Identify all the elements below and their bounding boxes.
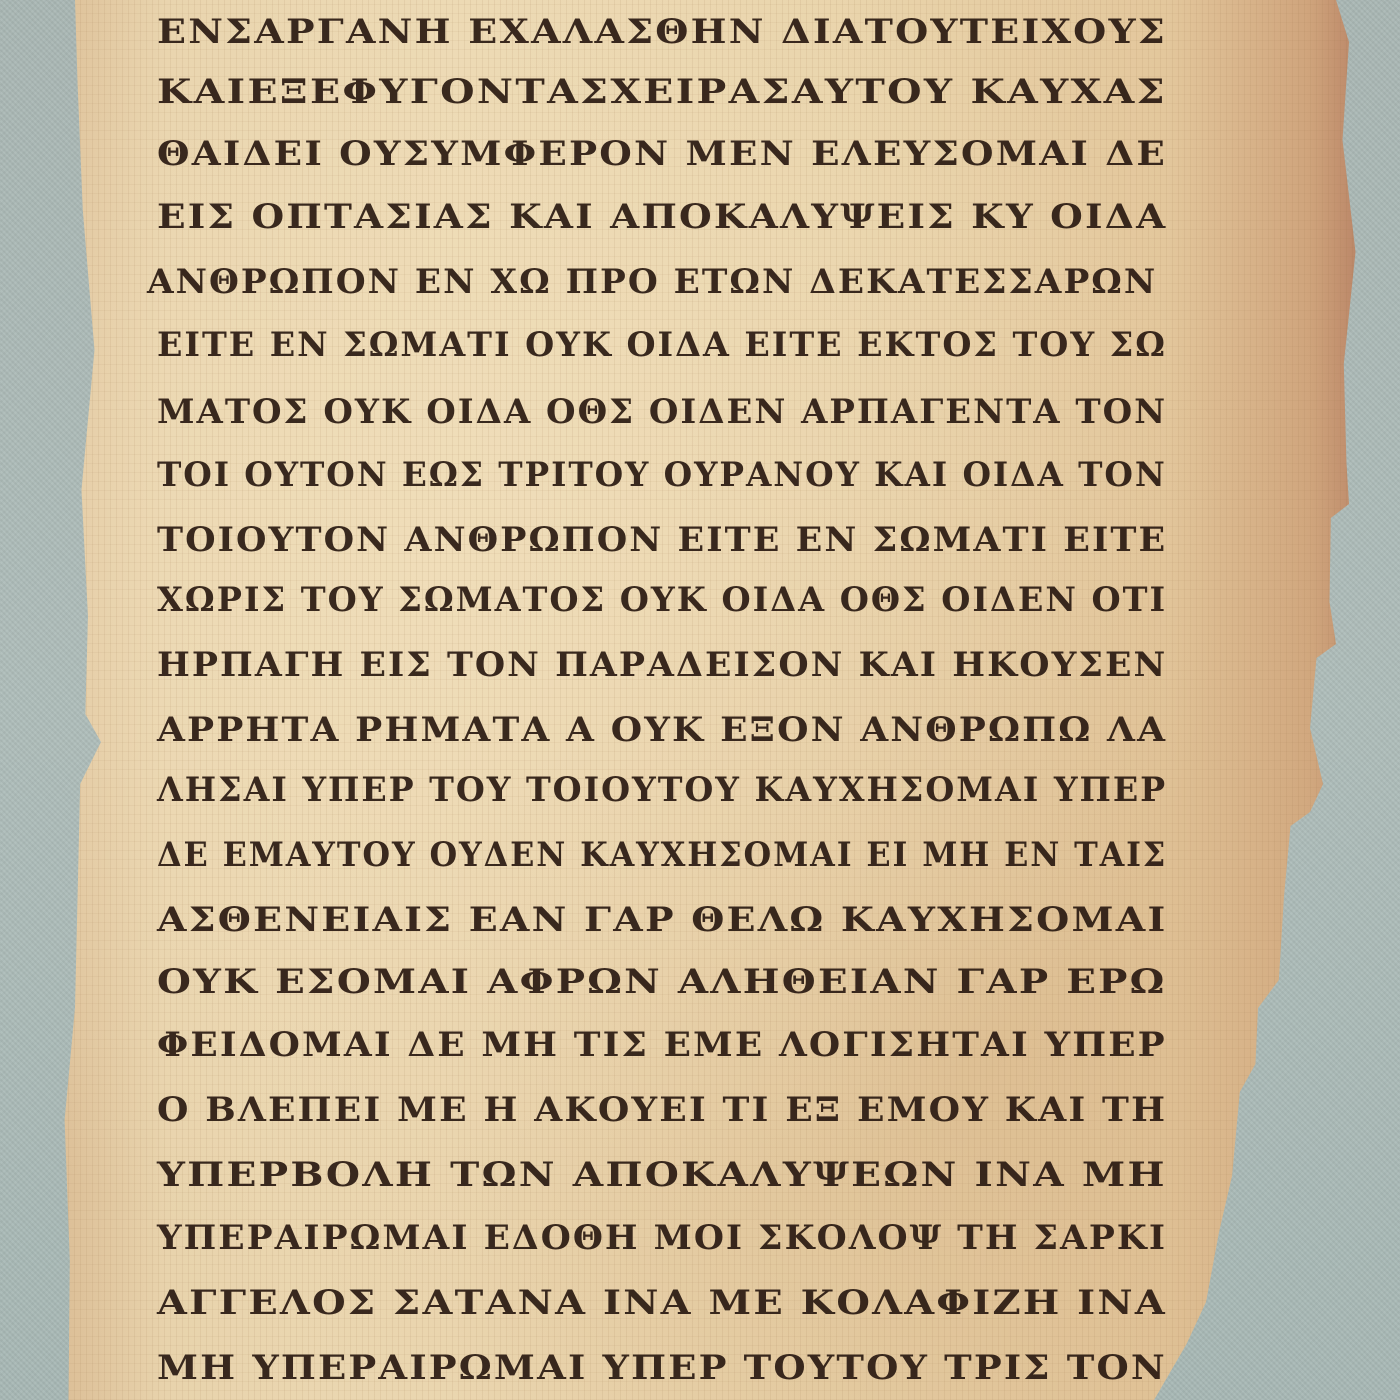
- manuscript-line: ΘΑΙΔΕΙ ΟΥΣΥΜΦΕΡΟΝ ΜΕΝ ΕΛΕΥΣΟΜΑΙ ΔΕ: [157, 134, 1167, 174]
- manuscript-line: ΗΡΠΑΓΗ ΕΙΣ ΤΟΝ ΠΑΡΑΔΕΙΣΟΝ ΚΑΙ ΗΚΟΥΣΕΝ: [157, 645, 1167, 685]
- manuscript-line: ΑΡΡΗΤΑ ΡΗΜΑΤΑ Α ΟΥΚ ΕΞΟΝ ΑΝΘΡΩΠΩ ΛΑ: [157, 710, 1167, 750]
- manuscript-line: ΑΓΓΕΛΟΣ ΣΑΤΑΝΑ ΙΝΑ ΜΕ ΚΟΛΑΦΙΖΗ ΙΝΑ: [157, 1283, 1167, 1323]
- manuscript-line: ΜΑΤΟΣ ΟΥΚ ΟΙΔΑ ΟΘΣ ΟΙΔΕΝ ΑΡΠΑΓΕΝΤΑ ΤΟΝ: [157, 392, 1167, 432]
- manuscript-line: ΤΟΙ ΟΥΤΟΝ ΕΩΣ ΤΡΙΤΟΥ ΟΥΡΑΝΟΥ ΚΑΙ ΟΙΔΑ ΤΟ…: [157, 455, 1167, 495]
- manuscript-line: ΤΟΙΟΥΤΟΝ ΑΝΘΡΩΠΟΝ ΕΙΤΕ ΕΝ ΣΩΜΑΤΙ ΕΙΤΕ: [157, 520, 1167, 560]
- manuscript-line: Ο ΒΛΕΠΕΙ ΜΕ Η ΑΚΟΥΕΙ ΤΙ ΕΞ ΕΜΟΥ ΚΑΙ ΤΗ: [157, 1090, 1167, 1130]
- manuscript-line: ΜΗ ΥΠΕΡΑΙΡΩΜΑΙ ΥΠΕΡ ΤΟΥΤΟΥ ΤΡΙΣ ΤΟΝ: [157, 1348, 1167, 1388]
- manuscript-line: ΧΩΡΙΣ ΤΟΥ ΣΩΜΑΤΟΣ ΟΥΚ ΟΙΔΑ ΟΘΣ ΟΙΔΕΝ ΟΤΙ: [157, 580, 1167, 620]
- papyrus-fragment: ΕΝΣΑΡΓΑΝΗ ΕΧΑΛΑΣΘΗΝ ΔΙΑΤΟΥΤΕΙΧΟΥΣ ΚΑΙΕΞΕ…: [62, 0, 1362, 1400]
- manuscript-line: ΦΕΙΔΟΜΑΙ ΔΕ ΜΗ ΤΙΣ ΕΜΕ ΛΟΓΙΣΗΤΑΙ ΥΠΕΡ: [157, 1025, 1167, 1065]
- manuscript-line: ΟΥΚ ΕΣΟΜΑΙ ΑΦΡΩΝ ΑΛΗΘΕΙΑΝ ΓΑΡ ΕΡΩ: [157, 962, 1167, 1002]
- manuscript-line: ΚΑΙΕΞΕΦΥΓΟΝΤΑΣΧΕΙΡΑΣΑΥΤΟΥ ΚΑΥΧΑΣ: [157, 72, 1167, 112]
- manuscript-line: ΛΗΣΑΙ ΥΠΕΡ ΤΟΥ ΤΟΙΟΥΤΟΥ ΚΑΥΧΗΣΟΜΑΙ ΥΠΕΡ: [157, 770, 1167, 810]
- manuscript-line: ΕΙΤΕ ΕΝ ΣΩΜΑΤΙ ΟΥΚ ΟΙΔΑ ΕΙΤΕ ΕΚΤΟΣ ΤΟΥ Σ…: [157, 325, 1167, 365]
- manuscript-line: ΑΣΘΕΝΕΙΑΙΣ ΕΑΝ ΓΑΡ ΘΕΛΩ ΚΑΥΧΗΣΟΜΑΙ: [157, 900, 1167, 940]
- manuscript-line: ΕΙΣ ΟΠΤΑΣΙΑΣ ΚΑΙ ΑΠΟΚΑΛΥΨΕΙΣ ΚΥ ΟΙΔΑ: [157, 197, 1167, 237]
- manuscript-line: ΔΕ ΕΜΑΥΤΟΥ ΟΥΔΕΝ ΚΑΥΧΗΣΟΜΑΙ ΕΙ ΜΗ ΕΝ ΤΑΙ…: [157, 835, 1167, 875]
- manuscript-line: ΑΝΘΡΩΠΟΝ ΕΝ ΧΩ ΠΡΟ ΕΤΩΝ ΔΕΚΑΤΕΣΣΑΡΩΝ: [147, 262, 1157, 302]
- manuscript-line: ΕΝΣΑΡΓΑΝΗ ΕΧΑΛΑΣΘΗΝ ΔΙΑΤΟΥΤΕΙΧΟΥΣ: [157, 12, 1167, 52]
- manuscript-line: ΥΠΕΡΒΟΛΗ ΤΩΝ ΑΠΟΚΑΛΥΨΕΩΝ ΙΝΑ ΜΗ: [157, 1155, 1167, 1195]
- manuscript-line: ΥΠΕΡΑΙΡΩΜΑΙ ΕΔΟΘΗ ΜΟΙ ΣΚΟΛΟΨ ΤΗ ΣΑΡΚΙ: [157, 1218, 1167, 1258]
